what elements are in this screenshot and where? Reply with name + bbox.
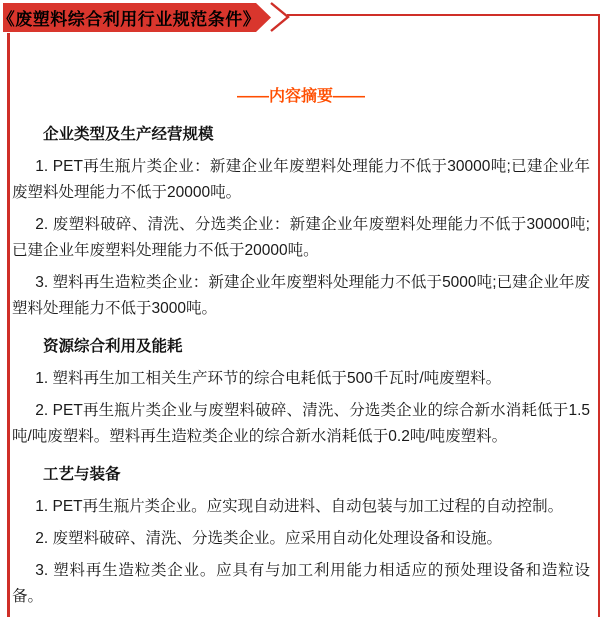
paragraph: 1. PET再生瓶片类企业。应实现自动进料、自动包装与加工过程的自动控制。 [12, 494, 590, 520]
paragraph: 2. 废塑料破碎、清洗、分选类企业。应采用自动化处理设备和设施。 [12, 526, 590, 552]
section-heading-resource-energy: 资源综合利用及能耗 [12, 334, 590, 360]
title-banner: 《废塑料综合利用行业规范条件》 [3, 3, 271, 32]
frame-right-line [598, 14, 600, 617]
section-heading-process-equipment: 工艺与装备 [12, 462, 590, 488]
frame-top-line [287, 14, 600, 16]
chevron-right-icon [270, 2, 290, 32]
paragraph: 1. PET再生瓶片类企业：新建企业年废塑料处理能力不低于30000吨;已建企业… [12, 154, 590, 206]
summary-heading: ——内容摘要—— [12, 84, 590, 110]
document-title: 《废塑料综合利用行业规范条件》 [0, 5, 260, 30]
section-heading-enterprise-scale: 企业类型及生产经营规模 [12, 122, 590, 148]
paragraph: 2. 废塑料破碎、清洗、分选类企业：新建企业年废塑料处理能力不低于30000吨;… [12, 212, 590, 264]
frame-left-line [7, 33, 10, 617]
paragraph: 3. 塑料再生造粒类企业。应具有与加工利用能力相适应的预处理设备和造粒设备。 [12, 558, 590, 610]
document-page: 《废塑料综合利用行业规范条件》 ——内容摘要—— 企业类型及生产经营规模 1. … [0, 0, 607, 617]
paragraph: 1. 塑料再生加工相关生产环节的综合电耗低于500千瓦时/吨废塑料。 [12, 366, 590, 392]
document-content: ——内容摘要—— 企业类型及生产经营规模 1. PET再生瓶片类企业：新建企业年… [12, 84, 590, 616]
paragraph: 3. 塑料再生造粒类企业：新建企业年废塑料处理能力不低于5000吨;已建企业年废… [12, 270, 590, 322]
paragraph: 2. PET再生瓶片类企业与废塑料破碎、清洗、分选类企业的综合新水消耗低于1.5… [12, 398, 590, 450]
